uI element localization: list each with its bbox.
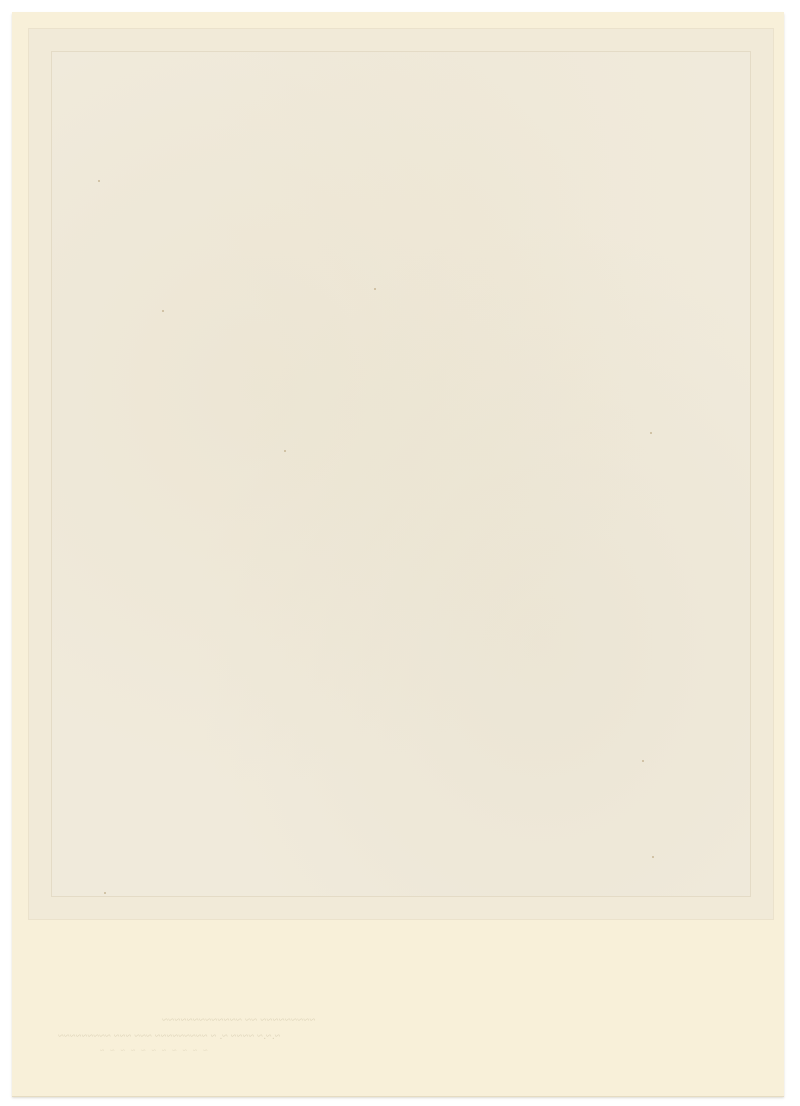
paper-speck [162, 310, 164, 312]
paper-speck [642, 760, 644, 762]
plate-image-area [51, 51, 751, 897]
paper-sheet [12, 12, 784, 1096]
paper-speck [284, 450, 286, 452]
paper-speck [652, 856, 654, 858]
paper-speck [98, 180, 100, 182]
paper-speck [104, 892, 106, 894]
plate-mark-outer-border [28, 28, 774, 920]
paper-speck [374, 288, 376, 290]
paper-speck [650, 432, 652, 434]
